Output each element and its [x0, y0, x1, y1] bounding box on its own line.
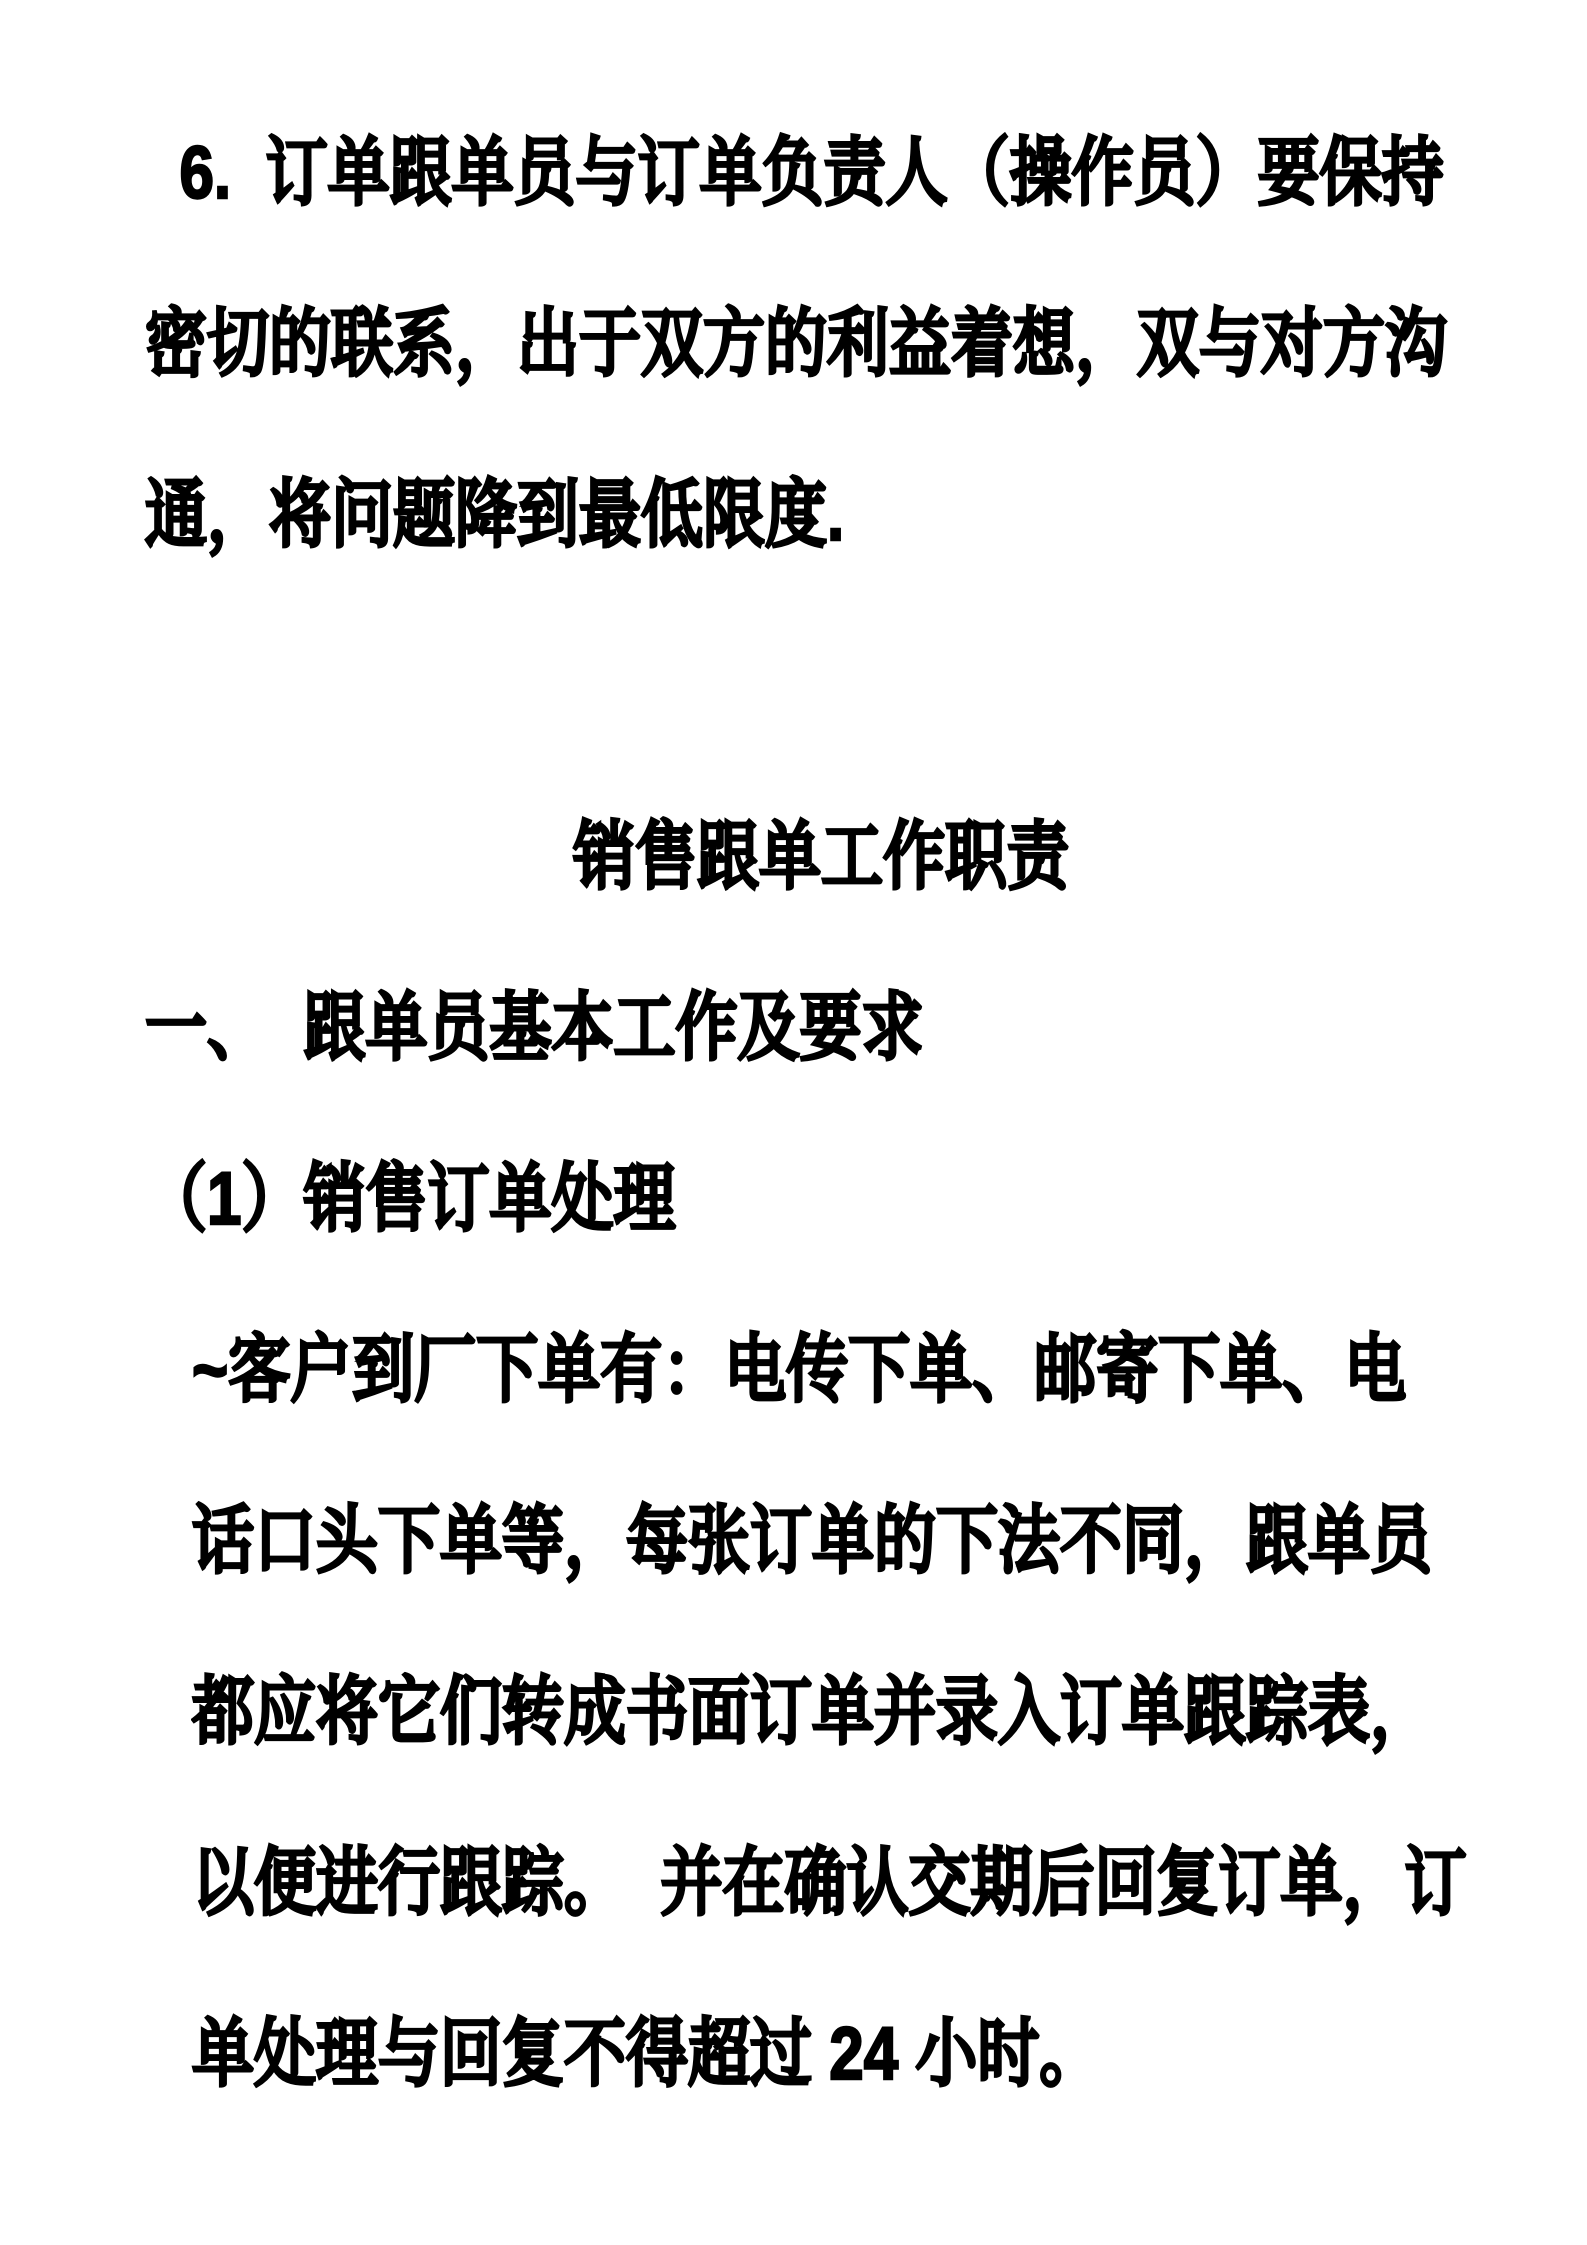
- order-paragraph-line-1: ~客户到厂下单有：电传下单、邮寄下单、电: [145, 1285, 1497, 1456]
- paragraph-6-line-3: 通，将问题降到最低限度.: [145, 430, 1497, 601]
- paragraph-6-line-2: 密切的联系，出于双方的利益着想，双与对方沟: [145, 259, 1497, 430]
- order-paragraph-line-5-text: 单处理与回复不得超过 24 小时。: [192, 1952, 1101, 2157]
- doc-title: 销售跟单工作职责: [145, 772, 1497, 943]
- paragraph-6-line-3-text: 通，将问题降到最低限度.: [145, 413, 844, 618]
- blank-line: [145, 601, 1497, 772]
- order-paragraph-line-2: 话口头下单等，每张订单的下法不同，跟单员: [145, 1456, 1497, 1627]
- subsection-heading-1: （1）销售订单处理: [145, 1114, 1497, 1285]
- document-page: 6. 订单跟单员与订单负责人（操作员）要保持 密切的联系，出于双方的利益着想，双…: [0, 0, 1587, 2245]
- section-heading-1: 一、 跟单员基本工作及要求: [145, 943, 1497, 1114]
- order-paragraph-line-5: 单处理与回复不得超过 24 小时。: [145, 1969, 1497, 2140]
- order-paragraph-line-4: 以便进行跟踪。 并在确认交期后回复订单，订: [145, 1798, 1497, 1969]
- paragraph-6-line-1: 6. 订单跟单员与订单负责人（操作员）要保持: [145, 88, 1497, 259]
- order-paragraph-line-3: 都应将它们转成书面订单并录入订单跟踪表，: [145, 1627, 1497, 1798]
- document-content: 6. 订单跟单员与订单负责人（操作员）要保持 密切的联系，出于双方的利益着想，双…: [145, 88, 1497, 2140]
